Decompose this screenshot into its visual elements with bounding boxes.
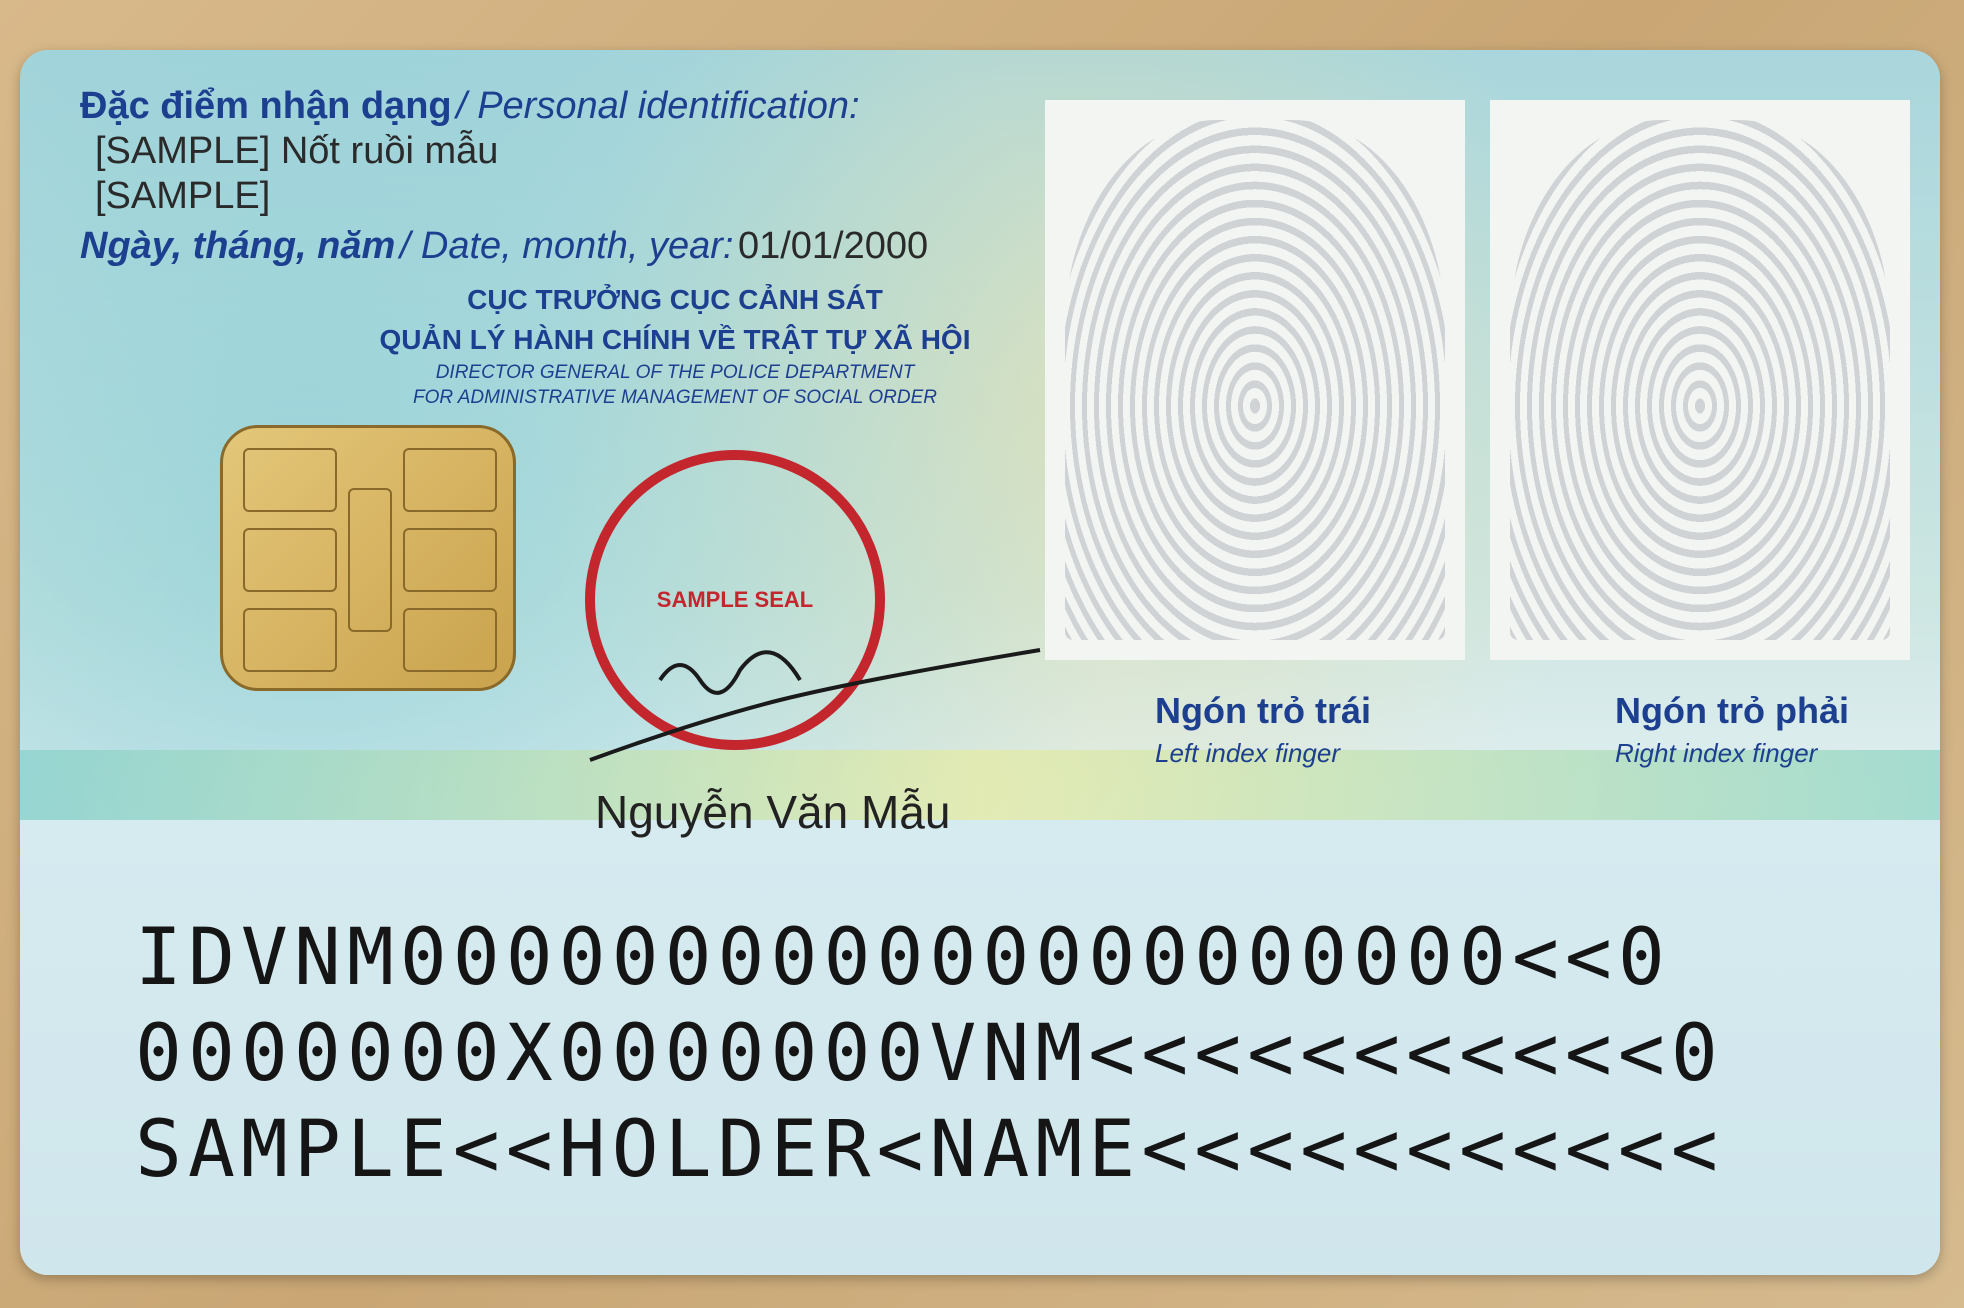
right-finger-label: Ngón trỏ phải Right index finger [1615, 690, 1849, 769]
fingerprint-icon [1510, 120, 1890, 640]
smart-chip-icon [220, 425, 516, 691]
right-finger-label-vi: Ngón trỏ phải [1615, 690, 1849, 732]
identification-label-en: / Personal identification: [456, 85, 859, 127]
authority-title-vi-2: QUẢN LÝ HÀNH CHÍNH VỀ TRẬT TỰ XÃ HỘI [290, 320, 1060, 360]
authority-title-en-1: DIRECTOR GENERAL OF THE POLICE DEPARTMEN… [290, 360, 1060, 385]
identification-label: Đặc điểm nhận dạng / Personal identifica… [80, 85, 860, 128]
authority-title-en-2: FOR ADMINISTRATIVE MANAGEMENT OF SOCIAL … [290, 385, 1060, 410]
mrz-line-1: IDVNM000000000000000000000<<0 [135, 910, 1724, 1006]
id-card-back: Đặc điểm nhận dạng / Personal identifica… [20, 50, 1940, 1275]
left-finger-label: Ngón trỏ trái Left index finger [1155, 690, 1371, 769]
identification-label-vi: Đặc điểm nhận dạng [80, 85, 452, 127]
issue-date-label-en: / Date, month, year: [400, 225, 734, 267]
authority-title-vi-1: CỤC TRƯỞNG CỤC CẢNH SÁT [290, 280, 1060, 320]
identification-value-1: [SAMPLE] Nốt ruồi mẫu [95, 130, 498, 173]
issue-date: Ngày, tháng, năm / Date, month, year: 01… [80, 225, 928, 268]
signer-name: Nguyễn Văn Mẫu [595, 785, 950, 839]
mrz-line-2: 0000000X0000000VNM<<<<<<<<<<<0 [135, 1006, 1724, 1102]
right-finger-label-en: Right index finger [1615, 738, 1849, 769]
issuing-authority: CỤC TRƯỞNG CỤC CẢNH SÁT QUẢN LÝ HÀNH CHÍ… [290, 280, 1060, 410]
issue-date-label-vi: Ngày, tháng, năm [80, 225, 395, 267]
machine-readable-zone: IDVNM000000000000000000000<<0 0000000X00… [135, 910, 1724, 1198]
signature-icon [580, 610, 1060, 780]
fingerprint-icon [1065, 120, 1445, 640]
left-finger-label-vi: Ngón trỏ trái [1155, 690, 1371, 732]
left-fingerprint-placeholder [1045, 100, 1465, 660]
mrz-line-3: SAMPLE<<HOLDER<NAME<<<<<<<<<<< [135, 1102, 1724, 1198]
issue-date-value: 01/01/2000 [738, 225, 928, 267]
identification-value-2: [SAMPLE] [95, 175, 270, 218]
right-fingerprint-placeholder [1490, 100, 1910, 660]
left-finger-label-en: Left index finger [1155, 738, 1371, 769]
